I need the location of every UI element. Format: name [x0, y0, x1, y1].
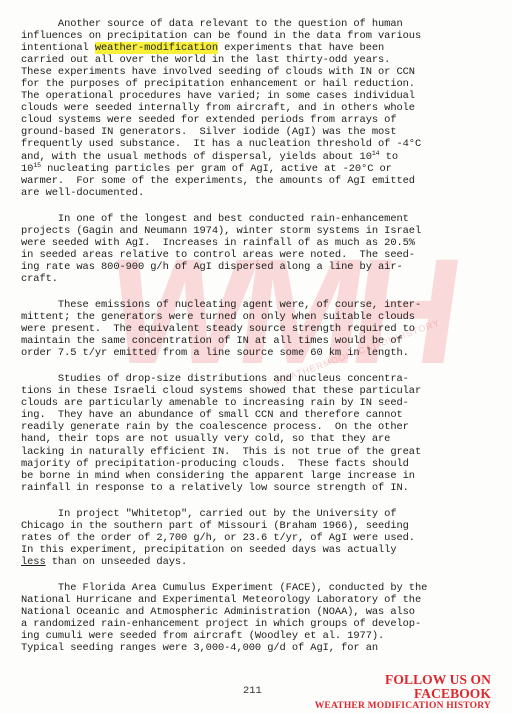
- superscript: 15: [33, 162, 41, 169]
- text-line: cloud systems were seeded for extended p…: [21, 114, 501, 126]
- text-line: maintain the same concentration of IN at…: [21, 335, 501, 347]
- text-line: hand, their tops are not usually very co…: [21, 433, 501, 445]
- text-line: were seeded with AgI. Increases in rainf…: [21, 237, 501, 249]
- text-line: These emissions of nucleating agent were…: [21, 299, 501, 311]
- text-line: National Hurricane and Experimental Mete…: [21, 594, 501, 606]
- promo-line-2: WEATHER MODIFICATION HISTORY: [305, 701, 491, 712]
- text-line: warmer. For some of the experiments, the…: [21, 175, 501, 187]
- text-line: ground-based IN generators. Silver iodid…: [21, 126, 501, 138]
- paragraph: Another source of data relevant to the q…: [21, 18, 501, 199]
- text-line: The operational procedures have varied; …: [21, 90, 501, 102]
- text-line: frequently used substance. It has a nucl…: [21, 138, 501, 150]
- text-line: clouds are particularly amenable to incr…: [21, 397, 501, 409]
- text-line: intentional weather-modification experim…: [21, 42, 501, 54]
- text-line: Chicago in the southern part of Missouri…: [21, 520, 501, 532]
- text-line: National Oceanic and Atmospheric Adminis…: [21, 606, 501, 618]
- paragraph: Studies of drop-size distributions and n…: [21, 373, 501, 493]
- text-line: clouds were seeded internally from aircr…: [21, 102, 501, 114]
- text-line: In this experiment, precipitation on see…: [21, 544, 501, 556]
- text-line: ing cumuli were seeded from aircraft (Wo…: [21, 630, 501, 642]
- paragraph: In one of the longest and best conducted…: [21, 213, 501, 285]
- text-line: influences on precipitation can be found…: [21, 30, 501, 42]
- paragraph: In project "Whitetop", carried out by th…: [21, 508, 501, 568]
- text-line: craft.: [21, 273, 501, 285]
- text-line: ing rate was 800-900 g/h of AgI disperse…: [21, 261, 501, 273]
- page-number: 211: [243, 685, 262, 697]
- text-line: carried out all over the world in the la…: [21, 54, 501, 66]
- text-line: less than on unseeded days.: [21, 556, 501, 568]
- text-line: in seeded areas relative to control area…: [21, 249, 501, 261]
- underlined-word: less: [21, 556, 46, 568]
- text-line: rainfall in response to a relatively low…: [21, 482, 501, 494]
- text-line: a randomized rain-enhancement project in…: [21, 618, 501, 630]
- text-line: and, with the usual methods of dispersal…: [21, 151, 501, 163]
- text-line: order 7.5 t/yr emitted from a line sourc…: [21, 347, 501, 359]
- text-line: In project "Whitetop", carried out by th…: [21, 508, 501, 520]
- text-line: tions in these Israeli cloud systems sho…: [21, 385, 501, 397]
- paragraph: These emissions of nucleating agent were…: [21, 299, 501, 359]
- text-line: In one of the longest and best conducted…: [21, 213, 501, 225]
- text-line: These experiments have involved seeding …: [21, 66, 501, 78]
- promo-line-1: FOLLOW US ON FACEBOOK: [305, 673, 491, 701]
- text-line: Studies of drop-size distributions and n…: [21, 373, 501, 385]
- text-line: were present. The equivalent steady sour…: [21, 323, 501, 335]
- text-line: rates of the order of 2,700 g/h, or 23.6…: [21, 532, 501, 544]
- text-line: mittent; the generators were turned on o…: [21, 311, 501, 323]
- text-line: ing. They have an abundance of small CCN…: [21, 409, 501, 421]
- superscript: 14: [372, 150, 380, 157]
- text-line: readily generate rain by the coalescence…: [21, 421, 501, 433]
- text-line: for the purposes of precipitation enhanc…: [21, 78, 501, 90]
- facebook-promo[interactable]: FOLLOW US ON FACEBOOK WEATHER MODIFICATI…: [305, 673, 491, 712]
- text-line: Another source of data relevant to the q…: [21, 18, 501, 30]
- text-line: The Florida Area Cumulus Experiment (FAC…: [21, 582, 501, 594]
- text-line: 1015 nucleating particles per gram of Ag…: [21, 163, 501, 175]
- paragraph: The Florida Area Cumulus Experiment (FAC…: [21, 582, 501, 654]
- text-line: Typical seeding ranges were 3,000-4,000 …: [21, 642, 501, 654]
- document-page: Another source of data relevant to the q…: [21, 18, 501, 668]
- text-line: projects (Gagin and Neumann 1974), winte…: [21, 225, 501, 237]
- text-line: majority of precipitation-producing clou…: [21, 458, 501, 470]
- text-line: be borne in mind when considering the ap…: [21, 470, 501, 482]
- text-line: lacking in naturally efficient IN. This …: [21, 446, 501, 458]
- highlighted-term: weather-modification: [95, 42, 218, 54]
- text-line: are well-documented.: [21, 187, 501, 199]
